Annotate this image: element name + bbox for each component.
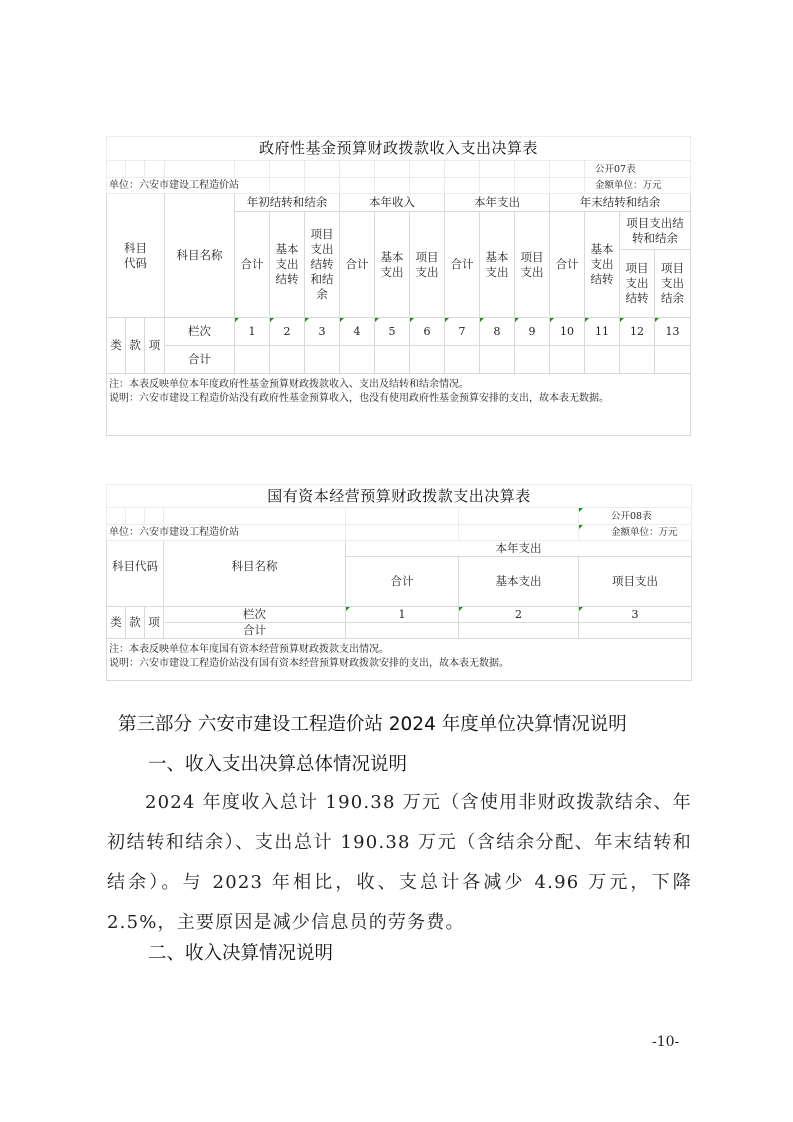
opening-basic-carry-header: 基本 支出 结转 <box>270 212 305 318</box>
column-number: 2 <box>459 607 579 623</box>
table-title: 政府性基金预算财政拨款收入支出决算表 <box>107 137 691 161</box>
state-capital-budget-table: 国有资本经营预算财政拨款支出决算表 公开08表 单位：六安市建设工程造价站 金额… <box>106 484 692 681</box>
data-cell <box>305 346 340 374</box>
unit-label: 单位：六安市建设工程造价站 <box>107 525 346 541</box>
expense-project-header: 项目 支出 <box>515 212 550 318</box>
row-lei: 类 <box>107 318 126 374</box>
data-cell <box>655 346 691 374</box>
government-fund-budget-table: 政府性基金预算财政拨款收入支出决算表 公开07表 单位：六安市建设工程造价站 金… <box>106 136 691 436</box>
column-number: 1 <box>235 318 270 346</box>
data-cell <box>585 346 620 374</box>
note-line: 注：本表反映单位本年度国有资本经营预算财政拨款支出情况。 <box>109 643 689 657</box>
project-expense-header: 项目支出 <box>579 557 692 607</box>
income-basic-header: 基本 支出 <box>375 212 410 318</box>
data-cell <box>235 346 270 374</box>
income-project-header: 项目 支出 <box>410 212 445 318</box>
column-number: 3 <box>579 607 692 623</box>
row-total-label: 合计 <box>165 346 235 374</box>
row-kuan: 款 <box>126 607 145 639</box>
opening-balance-header: 年初结转和结余 <box>235 194 340 212</box>
closing-balance-header: 年末结转和结余 <box>550 194 691 212</box>
row-column-index-label: 栏次 <box>165 318 235 346</box>
column-number: 3 <box>305 318 340 346</box>
table-notes: 注：本表反映单位本年度国有资本经营预算财政拨款支出情况。 说明：六安市建设工程造… <box>107 639 692 681</box>
subject-code-header: 科目代码 <box>107 541 164 607</box>
data-cell <box>620 346 655 374</box>
current-year-expense-header: 本年支出 <box>346 541 692 557</box>
data-cell <box>340 346 375 374</box>
form-number: 公开08表 <box>579 508 692 525</box>
expense-header: 本年支出 <box>445 194 550 212</box>
expense-total-header: 合计 <box>445 212 480 318</box>
basic-expense-header: 基本支出 <box>459 557 579 607</box>
expense-basic-header: 基本 支出 <box>480 212 515 318</box>
summary-paragraph: 2024 年度收入总计 190.38 万元（含使用非财政拨款结余、年初结转和结余… <box>107 783 692 943</box>
section-heading-1: 一、收入支出决算总体情况说明 <box>148 750 407 776</box>
data-cell <box>480 346 515 374</box>
column-number: 13 <box>655 318 691 346</box>
column-number: 5 <box>375 318 410 346</box>
row-column-index-label: 栏次 <box>164 607 346 623</box>
closing-total-header: 合计 <box>550 212 585 318</box>
row-xiang: 项 <box>145 318 165 374</box>
data-cell <box>459 623 579 639</box>
column-number: 11 <box>585 318 620 346</box>
opening-total-header: 合计 <box>235 212 270 318</box>
row-lei: 类 <box>107 607 126 639</box>
column-number: 12 <box>620 318 655 346</box>
explanation-line: 说明：六安市建设工程造价站没有国有资本经营预算财政拨款安排的支出，故本表无数据。 <box>109 657 689 671</box>
closing-project-carry-header: 项目 支出 结转 <box>620 250 655 318</box>
data-cell <box>515 346 550 374</box>
closing-project-balance-header: 项目 支出 结余 <box>655 250 691 318</box>
subject-name-header: 科目名称 <box>164 541 346 607</box>
row-kuan: 款 <box>126 318 145 374</box>
table-notes: 注：本表反映单位本年度政府性基金预算财政拨款收入、支出及结转和结余情况。 说明：… <box>107 374 691 436</box>
amount-unit-label: 金额单位：万元 <box>579 525 692 541</box>
part-heading: 第三部分 六安市建设工程造价站 2024 年度单位决算情况说明 <box>118 710 627 736</box>
form-number: 公开07表 <box>585 161 691 178</box>
data-cell <box>579 623 692 639</box>
total-header: 合计 <box>346 557 459 607</box>
subject-code-header: 科目 代码 <box>107 194 165 318</box>
income-total-header: 合计 <box>340 212 375 318</box>
data-cell <box>550 346 585 374</box>
note-line: 注：本表反映单位本年度政府性基金预算财政拨款收入、支出及结转和结余情况。 <box>109 378 688 392</box>
data-cell <box>445 346 480 374</box>
closing-basic-carry-header: 基本 支出 结转 <box>585 212 620 318</box>
data-cell <box>410 346 445 374</box>
column-number: 4 <box>340 318 375 346</box>
column-number: 7 <box>445 318 480 346</box>
opening-project-carry-balance-header: 项目 支出 结转 和结 余 <box>305 212 340 318</box>
column-number: 6 <box>410 318 445 346</box>
amount-unit-label: 金额单位：万元 <box>585 178 691 194</box>
data-cell <box>375 346 410 374</box>
data-cell <box>346 623 459 639</box>
section-heading-2: 二、收入决算情况说明 <box>148 939 333 965</box>
row-xiang: 项 <box>145 607 164 639</box>
subject-name-header: 科目名称 <box>165 194 235 318</box>
column-number: 10 <box>550 318 585 346</box>
column-number: 8 <box>480 318 515 346</box>
column-number: 2 <box>270 318 305 346</box>
column-number: 1 <box>346 607 459 623</box>
unit-label: 单位：六安市建设工程造价站 <box>107 178 270 194</box>
income-header: 本年收入 <box>340 194 445 212</box>
page-number: -10- <box>652 1034 679 1050</box>
closing-project-group-header: 项目支出结 转和结余 <box>620 212 691 250</box>
data-cell <box>270 346 305 374</box>
explanation-line: 说明：六安市建设工程造价站没有政府性基金预算收入，也没有使用政府性基金预算安排的… <box>109 392 688 406</box>
table-title: 国有资本经营预算财政拨款支出决算表 <box>107 485 692 508</box>
column-number: 9 <box>515 318 550 346</box>
row-total-label: 合计 <box>164 623 346 639</box>
